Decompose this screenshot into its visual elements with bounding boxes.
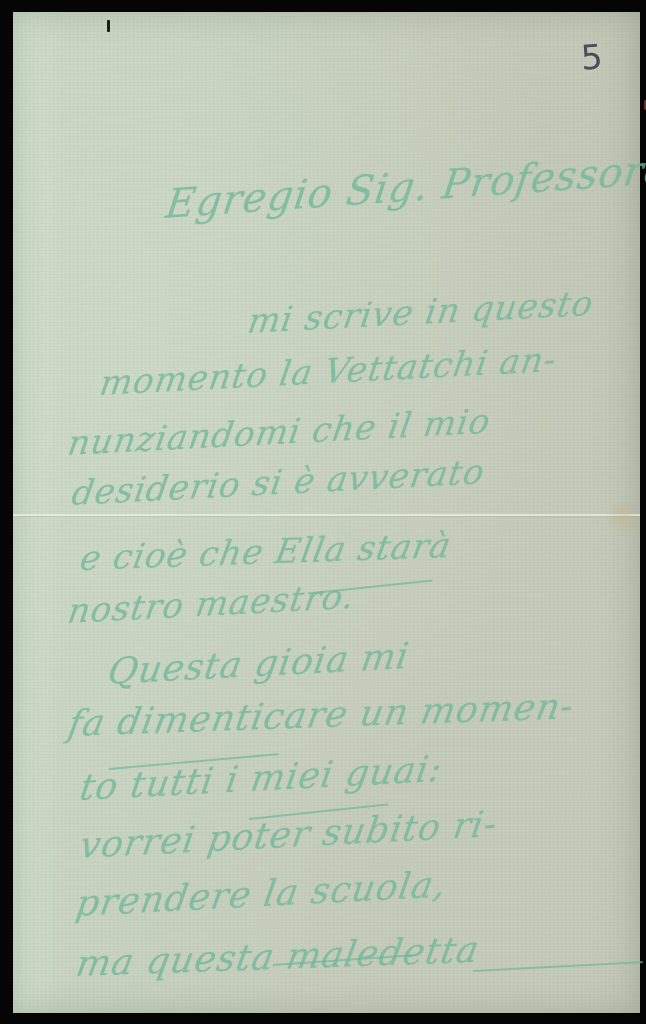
letter-line-5: e cioè che Ella starà xyxy=(77,526,455,579)
pen-stroke xyxy=(473,961,643,972)
letter-line-7: Questa gioia mi xyxy=(105,636,412,693)
letter-line-11: prendere la scuola, xyxy=(73,864,449,925)
fold-crease xyxy=(13,514,640,516)
letter-line-4: desiderio si è avverato xyxy=(69,452,488,514)
paper-stain xyxy=(603,502,643,532)
letter-page: 5 Egregio Sig. Professore, mi scrive in … xyxy=(13,12,640,1013)
letter-line-8: fa dimenticare un momen- xyxy=(65,686,577,745)
page-number: 5 xyxy=(580,37,604,78)
letter-line-2: momento la Vettatchi an- xyxy=(97,340,560,404)
letter-line-1: mi scrive in questo xyxy=(245,284,597,342)
letter-line-9: to tutti i miei guai: xyxy=(77,749,445,809)
letter-line-12: ma questa maledetta xyxy=(73,930,483,985)
ink-tick-mark xyxy=(107,20,110,32)
salutation: Egregio Sig. Professore, xyxy=(163,145,646,228)
letter-line-6: nostro maestro. xyxy=(65,577,358,632)
